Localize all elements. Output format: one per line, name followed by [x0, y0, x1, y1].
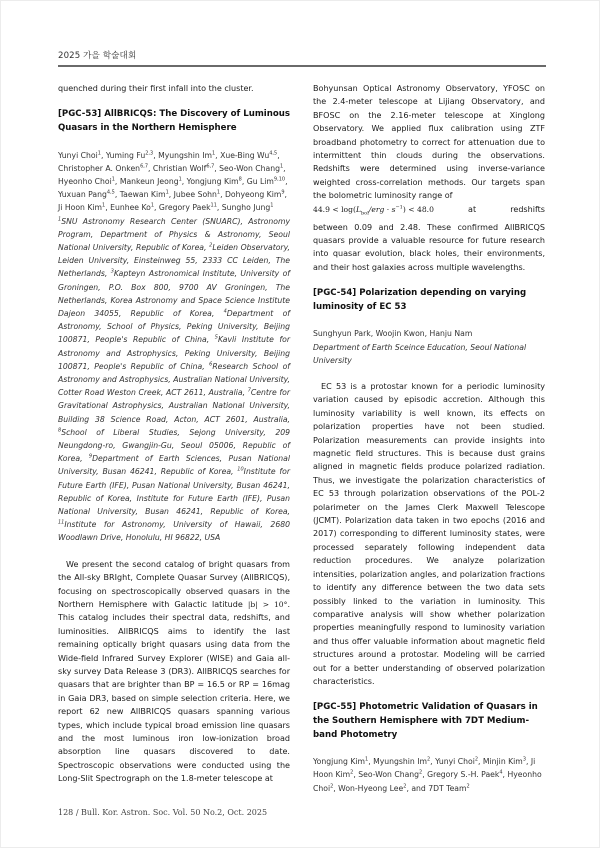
author-affiliation-index: 4,5: [107, 190, 115, 196]
author-name: Yongjung Kim: [187, 177, 239, 186]
abstract-body-continued: Bohyunsan Optical Astronomy Observatory,…: [313, 82, 545, 203]
word-at: at: [468, 203, 476, 221]
author-affiliation-index: 4: [499, 770, 502, 776]
abstract-pgc-55: [PGC-55] Photometric Validation of Quasa…: [313, 701, 545, 794]
author-name: Jubee Sohn: [174, 190, 217, 199]
author-affiliation-index: 2: [350, 770, 353, 776]
author-affiliation-index: 1: [179, 176, 182, 182]
author-name: Mankeun Jeong: [120, 177, 179, 186]
author-name: Yunyi Choi: [435, 757, 475, 766]
author-affiliation-index: 4,5: [269, 150, 277, 156]
abstract-pgc-54: [PGC-54] Polarization depending on varyi…: [313, 287, 545, 688]
math-part: bol: [361, 210, 369, 216]
abstract-body: We present the second catalog of bright …: [58, 558, 290, 786]
author-name: Gu Lim: [247, 177, 274, 186]
right-column: Bohyunsan Optical Astronomy Observatory,…: [313, 82, 545, 795]
author-affiliation-index: 2,3: [145, 150, 153, 156]
author-affiliation-index: 2: [403, 783, 406, 789]
author-name: Minjin Kim: [483, 757, 523, 766]
abstract-title: [PGC-53] AllBRICQS: The Discovery of Lum…: [58, 108, 290, 135]
author-name: Yunyi Choi: [58, 151, 98, 160]
author-affiliation-index: 1: [98, 150, 101, 156]
luminosity-math: 44.9 < log(Lbol/erg · s−1) < 48.0: [313, 203, 434, 221]
author-affiliation-index: 1: [280, 163, 283, 169]
author-name: Taewan Kim: [120, 190, 166, 199]
luminosity-range-line: 44.9 < log(Lbol/erg · s−1) < 48.0 at red…: [313, 203, 545, 221]
abstract-pgc-53: [PGC-53] AllBRICQS: The Discovery of Lum…: [58, 108, 290, 785]
author-list: Yunyi Choi1, Yuming Fu2,3, Myungshin Im1…: [58, 149, 290, 215]
author-affiliation-index: 1: [270, 203, 273, 209]
math-part: ) < 48.0: [403, 205, 434, 214]
left-column: quenched during their first infall into …: [58, 82, 290, 786]
author-affiliation-index: 3: [523, 757, 526, 763]
author-name: Won-Hyeong Lee: [338, 784, 403, 793]
word-redshifts: redshifts: [510, 203, 545, 221]
affiliation-list: 1SNU Astronomy Research Center (SNUARC),…: [58, 215, 290, 545]
author-affiliation-index: 1: [112, 176, 115, 182]
page-footer-citation: 128 / Bull. Kor. Astron. Soc. Vol. 50 No…: [58, 808, 267, 817]
author-affiliation-index: 9,10: [274, 176, 285, 182]
author-affiliation-index: 1: [166, 190, 169, 196]
author-list: Yongjung Kim1, Myungshin Im2, Yunyi Choi…: [313, 755, 545, 795]
author-name: Sungho Jung: [222, 203, 270, 212]
author-name: Gregory S.-H. Paek: [427, 770, 499, 779]
author-affiliation-index: 1: [365, 757, 368, 763]
author-affiliation-index: 2: [427, 757, 430, 763]
abstract-pgc-53-continued: Bohyunsan Optical Astronomy Observatory,…: [313, 82, 545, 274]
author-affiliation-index: 2: [419, 770, 422, 776]
author-affiliation-index: 8: [239, 176, 242, 182]
math-part: 44.9 < log(: [313, 205, 356, 214]
author-name: Ji Hoon Kim: [58, 203, 102, 212]
author-name: Hyeonho Choi: [58, 177, 112, 186]
latitude-math: |b| > 10°: [248, 600, 288, 609]
author-list: Sunghyun Park, Woojin Kwon, Hanju Nam: [313, 327, 545, 340]
author-name: Yuming Fu: [106, 151, 145, 160]
author-affiliation-index: 6,7: [140, 163, 148, 169]
author-affiliation-index: 1: [151, 203, 154, 209]
abstract-body-end: between 0.09 and 2.48. These confirmed A…: [313, 221, 545, 275]
affiliation-text: Institute for Astronomy, University of H…: [58, 520, 290, 542]
math-part: −1: [395, 204, 402, 210]
author-name: Dohyeong Kim: [225, 190, 281, 199]
author-name: and 7DT Team: [411, 784, 466, 793]
author-affiliation-index: 1: [217, 190, 220, 196]
author-name: Yuxuan Pang: [58, 190, 107, 199]
author-name: Gregory Paek: [159, 203, 211, 212]
author-affiliation-index: 1: [212, 150, 215, 156]
author-affiliation-index: 2: [330, 783, 333, 789]
author-name: Yongjung Kim: [313, 757, 365, 766]
carryover-text: quenched during their first infall into …: [58, 82, 290, 95]
author-name: Seo-Won Chang: [358, 770, 419, 779]
author-affiliation-index: 2: [467, 783, 470, 789]
author-name: Xue-Bing Wu: [220, 151, 269, 160]
running-head: 2025 가을 학술대회: [58, 49, 136, 61]
author-name: Myungshin Im: [373, 757, 427, 766]
author-name: Eunhee Ko: [110, 203, 151, 212]
header-rule: [58, 65, 546, 67]
math-part: /erg · s: [369, 205, 396, 214]
author-name: Christopher A. Onken: [58, 164, 140, 173]
author-affiliation-index: 1: [102, 203, 105, 209]
author-name: Christian Wolf: [153, 164, 206, 173]
author-name: Myungshin Im: [158, 151, 212, 160]
author-affiliation-index: 6,7: [206, 163, 214, 169]
abstract-title: [PGC-55] Photometric Validation of Quasa…: [313, 701, 545, 742]
journal-page: 2025 가을 학술대회 quenched during their first…: [0, 0, 600, 848]
author-name: Seo-Won Chang: [219, 164, 280, 173]
author-affiliation-index: 2: [475, 757, 478, 763]
abstract-title: [PGC-54] Polarization depending on varyi…: [313, 287, 545, 314]
abstract-body-text: . This catalog includes their spectral d…: [58, 600, 290, 783]
author-affiliation-index: 9: [281, 190, 284, 196]
affiliation: Department of Earth Sceince Education, S…: [313, 341, 545, 367]
author-affiliation-index: 11: [211, 203, 217, 209]
abstract-body: EC 53 is a protostar known for a periodi…: [313, 380, 545, 688]
